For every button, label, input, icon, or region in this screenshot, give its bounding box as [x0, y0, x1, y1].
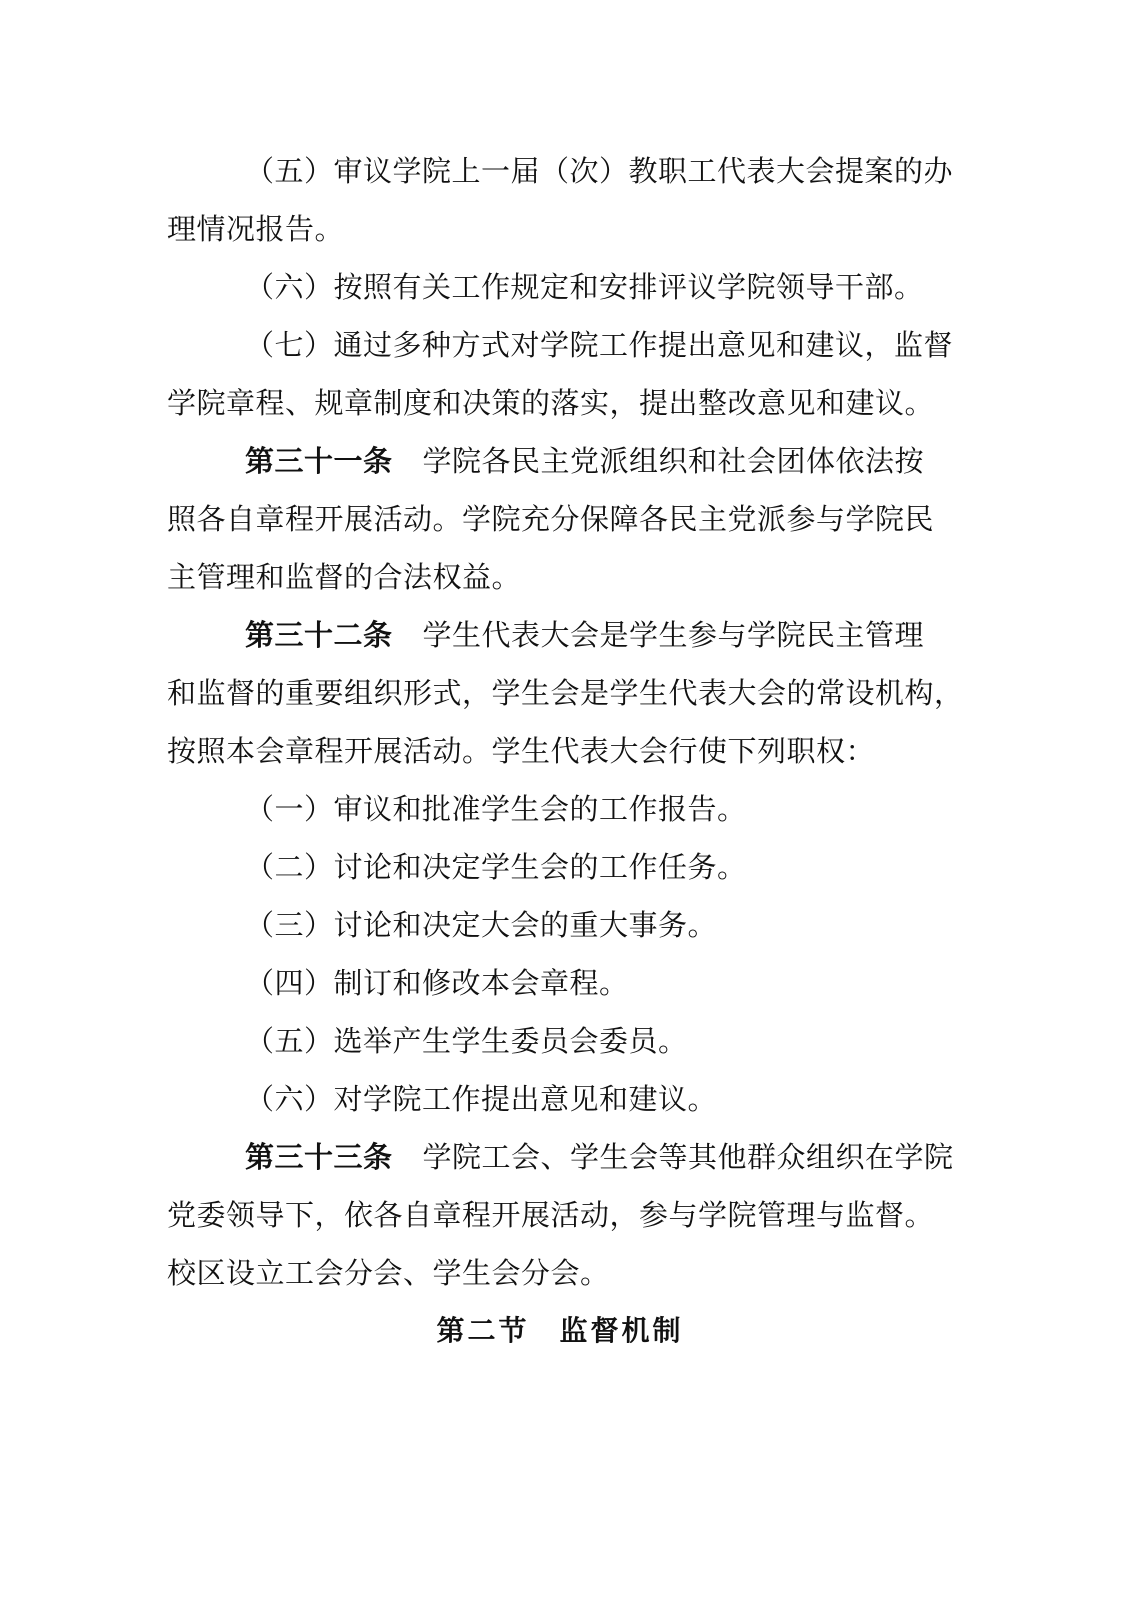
article-32-item-3: （三）讨论和决定大会的重大事务。	[167, 896, 943, 954]
list-item-6: （六）按照有关工作规定和安排评议学院领导干部。	[167, 258, 943, 316]
article-33-line2: 党委领导下，依各自章程开展活动，参与学院管理与监督。	[167, 1186, 943, 1244]
article-33-line3: 校区设立工会分会、学生会分会。	[167, 1244, 943, 1302]
list-item-7-line2: 学院章程、规章制度和决策的落实，提出整改意见和建议。	[167, 374, 943, 432]
section-number: 第二节	[436, 1314, 529, 1347]
list-item-7-line1: （七）通过多种方式对学院工作提出意见和建议，监督	[167, 316, 943, 374]
article-31-text: 学院各民主党派组织和社会团体依法按	[423, 444, 925, 478]
article-32-item-4: （四）制订和修改本会章程。	[167, 954, 943, 1012]
section-title: 监督机制	[560, 1314, 684, 1347]
article-31-line3: 主管理和监督的合法权益。	[167, 548, 943, 606]
article-33-line1: 第三十三条学院工会、学生会等其他群众组织在学院	[167, 1128, 943, 1186]
article-33-text: 学院工会、学生会等其他群众组织在学院	[423, 1140, 954, 1174]
article-31-line2: 照各自章程开展活动。学院充分保障各民主党派参与学院民	[167, 490, 943, 548]
list-item-5-line1: （五）审议学院上一届（次）教职工代表大会提案的办	[167, 142, 943, 200]
article-32-item-5: （五）选举产生学生委员会委员。	[167, 1012, 943, 1070]
article-32-line3: 按照本会章程开展活动。学生代表大会行使下列职权：	[167, 722, 943, 780]
list-item-5-line2: 理情况报告。	[167, 200, 943, 258]
article-32-line2: 和监督的重要组织形式，学生会是学生代表大会的常设机构，	[167, 664, 943, 722]
article-32-text: 学生代表大会是学生参与学院民主管理	[423, 618, 925, 652]
document-page: （五）审议学院上一届（次）教职工代表大会提案的办 理情况报告。 （六）按照有关工…	[167, 142, 943, 1360]
article-32-item-1: （一）审议和批准学生会的工作报告。	[167, 780, 943, 838]
section-heading: 第二节监督机制	[167, 1302, 943, 1360]
article-32-line1: 第三十二条学生代表大会是学生参与学院民主管理	[167, 606, 943, 664]
article-31-line1: 第三十一条学院各民主党派组织和社会团体依法按	[167, 432, 943, 490]
article-32-item-6: （六）对学院工作提出意见和建议。	[167, 1070, 943, 1128]
article-32-label: 第三十二条	[245, 618, 393, 652]
article-31-label: 第三十一条	[245, 444, 393, 478]
article-33-label: 第三十三条	[245, 1140, 393, 1174]
article-32-item-2: （二）讨论和决定学生会的工作任务。	[167, 838, 943, 896]
